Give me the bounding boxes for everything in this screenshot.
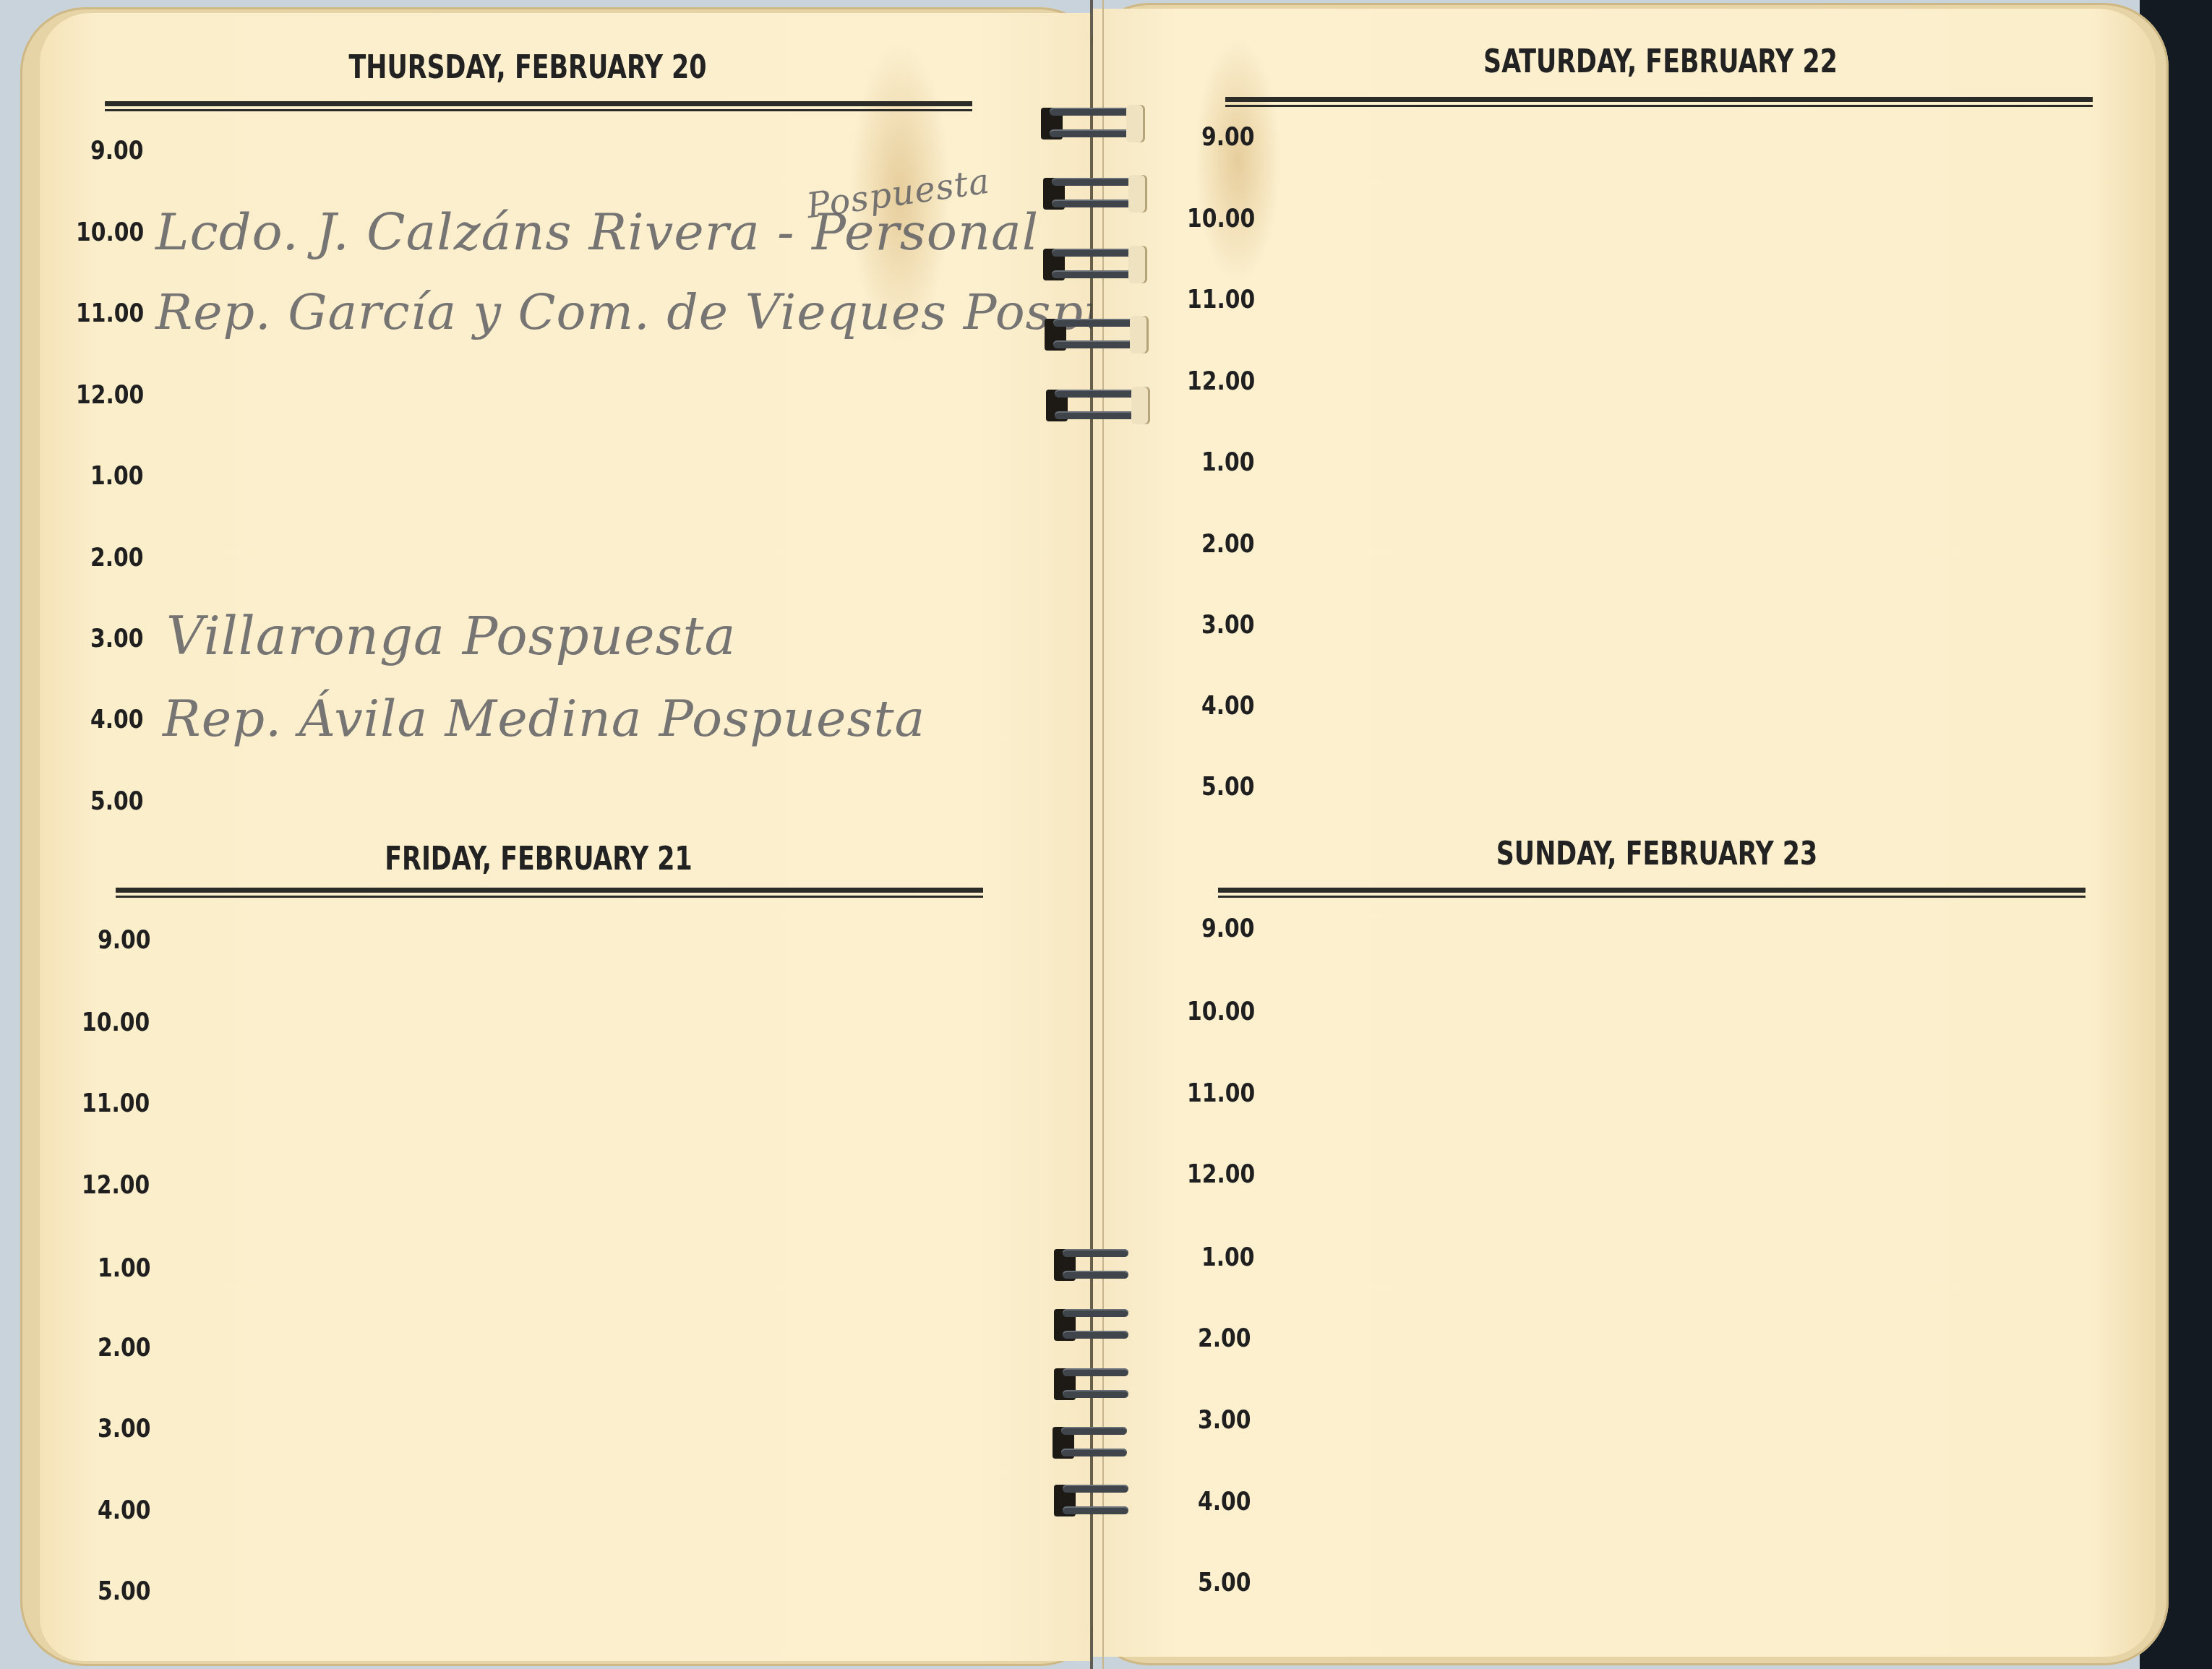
time-label: 5.00 — [1198, 1568, 1251, 1597]
spiral-ring-icon — [1041, 103, 1149, 143]
time-label: 10.00 — [76, 218, 144, 247]
spiral-ring-icon — [1046, 385, 1154, 425]
time-label: 4.00 — [90, 705, 144, 734]
handwritten-entry: Rep. García y Com. de Vieques Pospuesta — [155, 284, 1092, 341]
time-label: 1.00 — [1201, 1243, 1255, 1272]
header-rule — [105, 101, 972, 112]
time-label: 1.00 — [1201, 447, 1255, 477]
spiral-ring-icon — [1054, 1245, 1144, 1284]
time-label: 12.00 — [76, 380, 144, 410]
spiral-ring-icon — [1054, 1480, 1144, 1520]
time-label: 12.00 — [82, 1170, 150, 1200]
water-stain — [1194, 38, 1281, 283]
time-label: 4.00 — [1201, 691, 1255, 721]
time-label: 2.00 — [90, 543, 144, 572]
time-label: 3.00 — [98, 1414, 151, 1443]
right-page: SATURDAY, FEBRUARY 22 9.00 10.00 11.00 1… — [1093, 9, 2156, 1657]
time-label: 9.00 — [98, 925, 151, 955]
time-label: 2.00 — [1198, 1323, 1251, 1353]
day-title-friday: FRIDAY, FEBRUARY 21 — [348, 841, 729, 878]
time-label: 9.00 — [1201, 914, 1255, 943]
time-label: 3.00 — [1201, 610, 1255, 640]
time-label: 3.00 — [1198, 1405, 1251, 1435]
handwritten-entry: Rep. Ávila Medina Pospuesta — [163, 689, 925, 748]
spiral-ring-icon — [1043, 244, 1152, 284]
time-label: 12.00 — [1187, 1159, 1255, 1189]
time-label: 4.00 — [98, 1496, 151, 1525]
time-label: 10.00 — [1187, 997, 1255, 1026]
time-label: 11.00 — [76, 299, 144, 328]
time-label: 2.00 — [1201, 529, 1255, 559]
time-label: 10.00 — [82, 1008, 150, 1037]
handwritten-entry: Villaronga Pospuesta — [166, 606, 736, 666]
day-title-sunday: SUNDAY, FEBRUARY 23 — [1466, 836, 1848, 872]
spiral-ring-icon — [1043, 173, 1152, 213]
time-label: 1.00 — [90, 461, 144, 491]
time-label: 11.00 — [82, 1089, 150, 1118]
day-title-saturday: SATURDAY, FEBRUARY 22 — [1454, 43, 1867, 80]
header-rule — [1218, 888, 2085, 898]
time-label: 12.00 — [1187, 366, 1255, 396]
time-label: 11.00 — [1187, 285, 1255, 314]
time-label: 3.00 — [90, 624, 144, 653]
spiral-ring-icon — [1054, 1364, 1144, 1404]
time-label: 5.00 — [98, 1576, 151, 1606]
time-label: 2.00 — [98, 1333, 151, 1363]
time-label: 11.00 — [1187, 1078, 1255, 1108]
header-rule — [116, 888, 983, 898]
header-rule — [1225, 97, 2093, 108]
spiral-ring-icon — [1053, 1423, 1143, 1462]
time-label: 10.00 — [1187, 204, 1255, 233]
day-title-thursday: THURSDAY, FEBRUARY 20 — [318, 49, 738, 86]
spiral-ring-icon — [1054, 1305, 1144, 1344]
time-label: 4.00 — [1198, 1487, 1251, 1516]
time-label: 5.00 — [1201, 772, 1255, 802]
left-page: THURSDAY, FEBRUARY 20 9.00 10.00 11.00 1… — [40, 13, 1092, 1661]
time-label: 5.00 — [90, 786, 144, 816]
time-label: 1.00 — [98, 1253, 151, 1283]
spiral-ring-icon — [1045, 314, 1153, 354]
time-label: 9.00 — [90, 136, 144, 166]
time-label: 9.00 — [1201, 122, 1255, 152]
